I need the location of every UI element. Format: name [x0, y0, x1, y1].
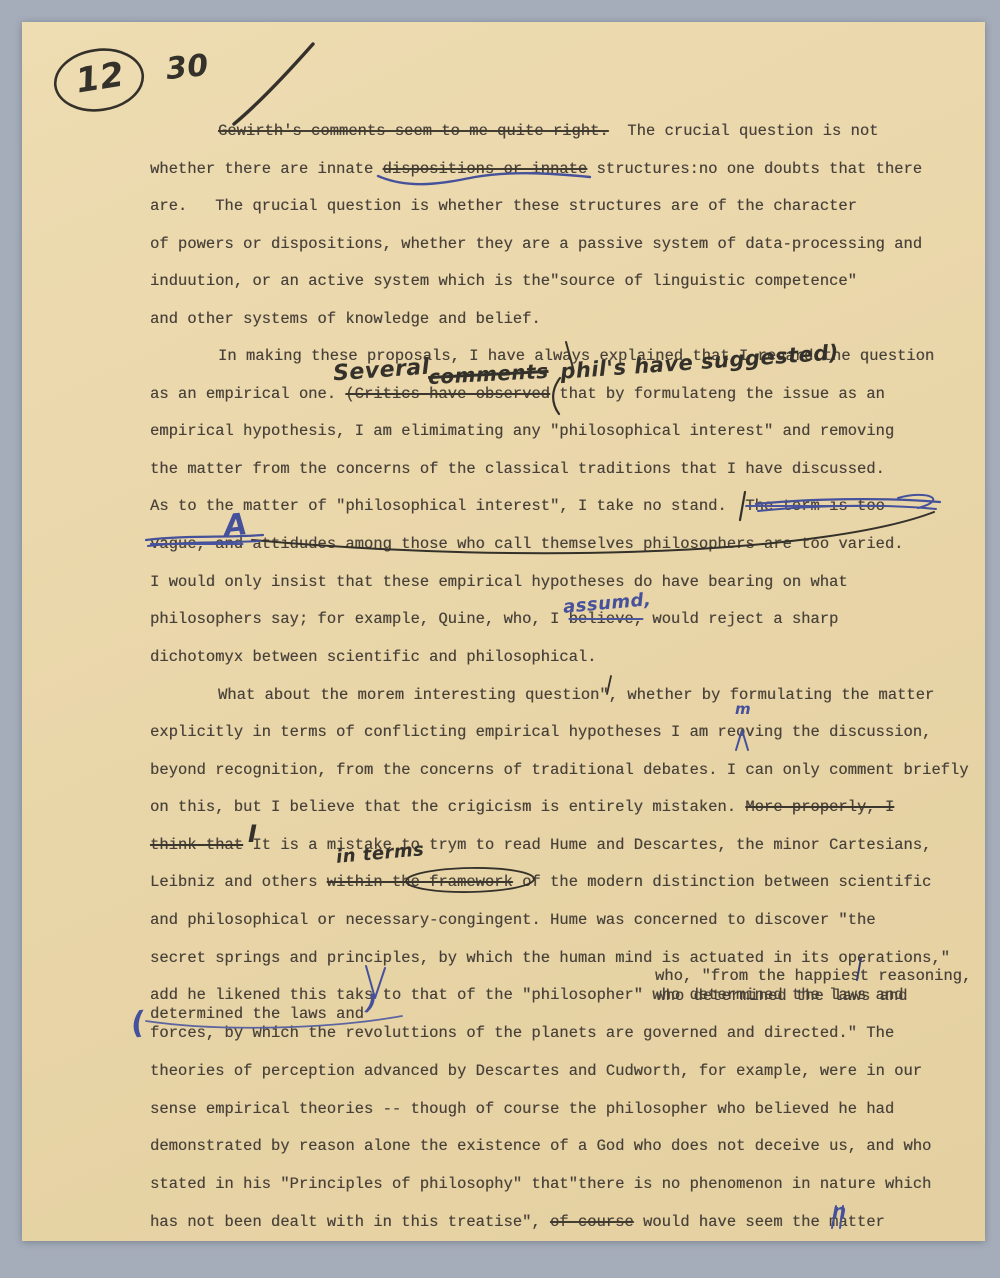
typed-segment: determined the laws and [150, 1005, 364, 1023]
handwritten-annotation: A [222, 507, 249, 544]
typed-segment: as an empirical one. [150, 385, 345, 403]
typed-line: I would only insist that these empirical… [150, 571, 848, 593]
typed-line: stated in his "Principles of philosophy"… [150, 1173, 931, 1195]
typed-line: are. The qrucial question is whether the… [150, 195, 857, 217]
typed-line: Leibniz and others within the framework … [150, 871, 931, 893]
typed-line: think that It is a mistake to trym to re… [150, 834, 931, 856]
typed-line: and philosophical or necessary-congingen… [150, 909, 876, 931]
typed-segment: stated in his "Principles of philosophy"… [150, 1175, 931, 1193]
typed-line: demonstrated by reason alone the existen… [150, 1135, 931, 1157]
typed-segment: dispositions or innate [383, 160, 588, 178]
typed-segment: and other systems of knowledge and belie… [150, 310, 541, 328]
typed-segment: think that [150, 836, 243, 854]
typed-segment: dichotomyx between scientific and philos… [150, 648, 596, 666]
typed-segment: explicitly in terms of conflicting empir… [150, 723, 931, 741]
typed-segment: are. The qrucial question is whether the… [150, 197, 857, 215]
typed-line: dichotomyx between scientific and philos… [150, 646, 596, 668]
typed-line: whether there are innate dispositions or… [150, 158, 922, 180]
typed-line: sense empirical theories -- though of co… [150, 1098, 894, 1120]
typed-segment: I would only insist that these empirical… [150, 573, 848, 591]
typed-segment: Gewirth's comments seem to me quite righ… [218, 122, 609, 140]
typed-line: explicitly in terms of conflicting empir… [150, 721, 931, 743]
typed-segment: What about the morem interesting questio… [218, 686, 934, 704]
handwritten-annotation: m [735, 700, 751, 718]
typed-line: the matter from the concerns of the clas… [150, 458, 885, 480]
crossed-out-number: 30 [164, 48, 210, 87]
typed-line: empirical hypothesis, I am elimimating a… [150, 420, 894, 442]
typed-segment: on this, but I believe that the crigicis… [150, 798, 745, 816]
typed-line: forces, by which the revoluttions of the… [150, 1022, 894, 1044]
typed-line: What about the morem interesting questio… [218, 684, 934, 706]
typed-segment: who, "from the happiest reasoning, [655, 967, 971, 985]
typed-segment: would have seem the matter [634, 1213, 885, 1231]
typed-segment: has not been dealt with in this treatise… [150, 1213, 550, 1231]
typed-line: theories of perception advanced by Desca… [150, 1060, 922, 1082]
typed-segment: attidudes among those who call themselve… [243, 535, 903, 553]
typed-segment: of the modern distinction between scient… [513, 873, 932, 891]
typed-line: philosophers say; for example, Quine, wh… [150, 608, 838, 630]
typed-segment: structures:no one doubts that there [587, 160, 922, 178]
typed-line: has not been dealt with in this treatise… [150, 1211, 885, 1233]
typed-segment: whether there are innate [150, 160, 383, 178]
handwritten-annotation: n [832, 1199, 847, 1223]
typed-line: vague, and attidudes among those who cal… [150, 533, 903, 555]
page-number-circled: 12 [73, 54, 127, 101]
typed-segment: empirical hypothesis, I am elimimating a… [150, 422, 894, 440]
handwritten-annotation: I [248, 820, 257, 848]
typed-segment: sense empirical theories -- though of co… [150, 1100, 894, 1118]
typed-segment: beyond recognition, from the concerns of… [150, 761, 969, 779]
typed-segment: within the framework [327, 873, 513, 891]
typed-segment: philosophers say; for example, Quine, wh… [150, 610, 569, 628]
typed-line: and other systems of knowledge and belie… [150, 308, 541, 330]
typed-segment: and philosophical or necessary-congingen… [150, 911, 876, 929]
typed-segment: demonstrated by reason alone the existen… [150, 1137, 931, 1155]
typed-line: beyond recognition, from the concerns of… [150, 759, 969, 781]
typed-segment: Leibniz and others [150, 873, 327, 891]
typed-segment: More properly, I [745, 798, 894, 816]
typed-segment: induution, or an active system which is … [150, 272, 857, 290]
typed-segment: of powers or dispositions, whether they … [150, 235, 922, 253]
typed-segment: theories of perception advanced by Desca… [150, 1062, 922, 1080]
typed-segment: add he likened this taks to that of the … [150, 986, 652, 1004]
typed-line: As to the matter of "philosophical inter… [150, 495, 885, 517]
typed-segment: would reject a sharp [643, 610, 838, 628]
typed-segment: who determined the laws andwho determine… [652, 984, 903, 1006]
typed-segment: of course [550, 1213, 634, 1231]
typed-line: as an empirical one. (Critics have obser… [150, 383, 885, 405]
typed-line: Gewirth's comments seem to me quite righ… [218, 120, 878, 142]
typed-segment: forces, by which the revoluttions of the… [150, 1024, 894, 1042]
typed-segment: that by formulateng the issue as an [550, 385, 885, 403]
typed-segment: The crucial question is not [609, 122, 879, 140]
typed-line: induution, or an active system which is … [150, 270, 857, 292]
typed-line: on this, but I believe that the crigicis… [150, 796, 894, 818]
typed-segment: The term is too [745, 497, 885, 515]
typed-segment: the matter from the concerns of the clas… [150, 460, 885, 478]
typed-line: of powers or dispositions, whether they … [150, 233, 922, 255]
